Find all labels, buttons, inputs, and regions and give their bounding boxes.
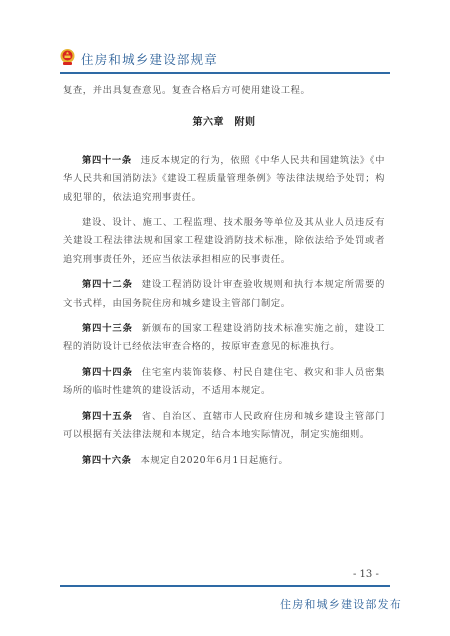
article-number: 第四十五条 <box>82 411 133 422</box>
chapter-title: 第六章 附则 <box>63 114 385 132</box>
footer-publisher: 住房和城乡建设部发布 <box>280 596 402 612</box>
article-number: 第四十二条 <box>82 279 133 290</box>
article-41: 第四十一条违反本规定的行为，依照《中华人民共和国建筑法》《中华人民共和国消防法》… <box>63 152 385 207</box>
article-42: 第四十二条建设工程消防设计审查验收规则和执行本规定所需要的文书式样，由国务院住房… <box>63 276 385 313</box>
page-header: 住房和城乡建设部规章 <box>60 49 390 69</box>
national-emblem-icon <box>60 49 75 66</box>
header-title: 住房和城乡建设部规章 <box>81 50 218 68</box>
article-number: 第四十四条 <box>82 367 133 378</box>
header-divider <box>60 72 390 74</box>
page-number: - 13 - <box>353 569 379 580</box>
article-45: 第四十五条省、自治区、直辖市人民政府住房和城乡建设主管部门可以根据有关法律法规和… <box>63 408 385 445</box>
article-number: 第四十一条 <box>82 155 132 166</box>
article-text: 建设、设计、施工、工程监理、技术服务等单位及其从业人员违反有关建设工程法律法规和… <box>63 217 385 265</box>
article-41-paragraph-2: 建设、设计、施工、工程监理、技术服务等单位及其从业人员违反有关建设工程法律法规和… <box>63 214 385 269</box>
continuation-paragraph: 复查，并出具复查意见。复查合格后方可使用建设工程。 <box>63 82 385 100</box>
footer-divider <box>60 585 390 587</box>
article-number: 第四十三条 <box>82 323 133 334</box>
article-43: 第四十三条新颁布的国家工程建设消防技术标准实施之前，建设工程的消防设计已经依法审… <box>63 320 385 357</box>
document-body: 复查，并出具复查意见。复查合格后方可使用建设工程。 第六章 附则 第四十一条违反… <box>63 82 385 470</box>
article-44: 第四十四条住宅室内装饰装修、村民自建住宅、救灾和非人员密集场所的临时性建筑的建设… <box>63 364 385 401</box>
article-text: 本规定自2020年6月1日起施行。 <box>141 455 289 466</box>
article-46: 第四十六条本规定自2020年6月1日起施行。 <box>63 452 385 470</box>
article-number: 第四十六条 <box>82 455 132 466</box>
